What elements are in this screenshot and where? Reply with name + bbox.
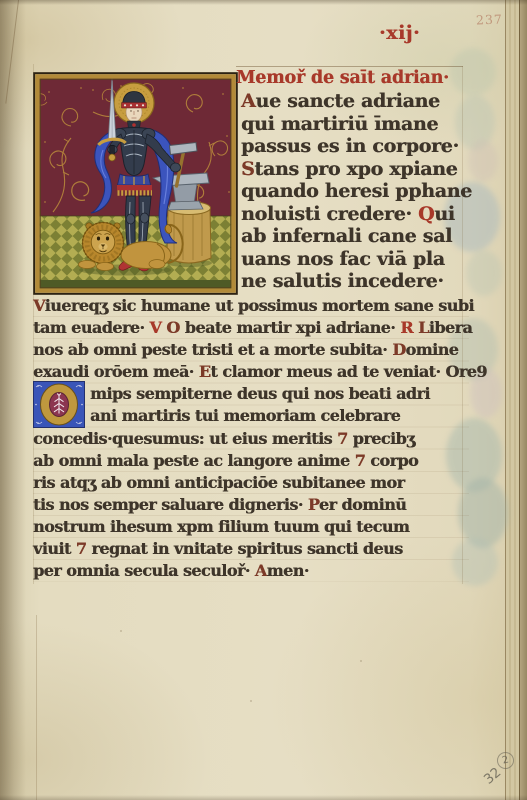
text-line: ne salutis incedere·	[241, 270, 466, 293]
manuscript-page: ·xij· 237 2 32	[0, 0, 527, 800]
top-edge-shadow	[0, 0, 527, 5]
text-line: concedis·quesumus: ut eius meritis 7 pre…	[33, 428, 469, 450]
parchment-speck	[360, 660, 362, 662]
folio-number: 237	[476, 12, 503, 28]
gutter-shadow	[0, 0, 26, 800]
text-line: Memoř de saīt adrian·	[236, 67, 449, 90]
text-line: Aue sancte adriane	[241, 90, 466, 113]
prayer-text-block: Viuereqʒ sic humane ut possimus mortem s…	[33, 295, 469, 582]
text-line: ris atqʒ ab omni anticipaciōe subitanee …	[33, 472, 469, 494]
text-line: tam euadere· V O beate martir xpi adrian…	[33, 317, 469, 339]
text-line: uans nos fac viā pla	[241, 248, 466, 271]
show-through-stain	[450, 48, 496, 96]
book-fore-edge	[519, 0, 527, 800]
parchment-speck	[120, 630, 122, 632]
text-line: exaudi orōem meā· Et clamor meus ad te v…	[33, 361, 469, 383]
miniature-saint-adrian	[33, 72, 238, 295]
folio-mark-xij: ·xij·	[379, 22, 420, 44]
text-line: passus es in corpore·	[241, 135, 466, 158]
text-line: nos ab omni peste tristi et a morte subi…	[33, 339, 469, 361]
text-line: Viuereqʒ sic humane ut possimus mortem s…	[33, 295, 469, 317]
bottom-edge-shadow	[0, 795, 527, 800]
text-line: viuit 7 regnat in vnitate spiritus sanct…	[33, 538, 469, 560]
lion-face	[91, 230, 115, 254]
parchment-crease	[36, 615, 37, 800]
text-line: ab omni mala peste ac langore anime 7 co…	[33, 450, 469, 472]
text-line: nostrum ihesum xpm filium tuum qui tecum	[33, 516, 469, 538]
text-line: ani martiris tui memoriam celebrare	[90, 405, 469, 427]
page-stack-edge	[505, 0, 520, 800]
text-line: per omnia secula seculoř· Amen·	[33, 560, 469, 582]
text-line: qui martiriū īmane	[241, 113, 466, 136]
fringe-band	[117, 185, 152, 191]
text-line: noluisti credere· Qui	[241, 203, 466, 226]
rubric-heading: Memoř de saīt adrian·	[236, 67, 449, 90]
show-through-stain	[466, 250, 502, 296]
parchment-speck	[250, 700, 252, 702]
illuminated-initial-O	[33, 381, 85, 428]
text-line: mips sempiterne deus qui nos beati adri	[90, 383, 469, 405]
tree-stump	[167, 202, 211, 264]
text-line: quando heresi pphane	[241, 180, 466, 203]
text-line: Stans pro xpo xpiane	[241, 158, 466, 181]
text-line: tis nos semper saluare digneris· Per dom…	[33, 494, 469, 516]
text-line: ab infernali cane sal	[241, 225, 466, 248]
show-through-stain	[468, 140, 498, 182]
gauntlet	[171, 163, 181, 172]
hymn-text-column: Aue sancte adrianequi martiriū īmanepass…	[241, 90, 466, 293]
